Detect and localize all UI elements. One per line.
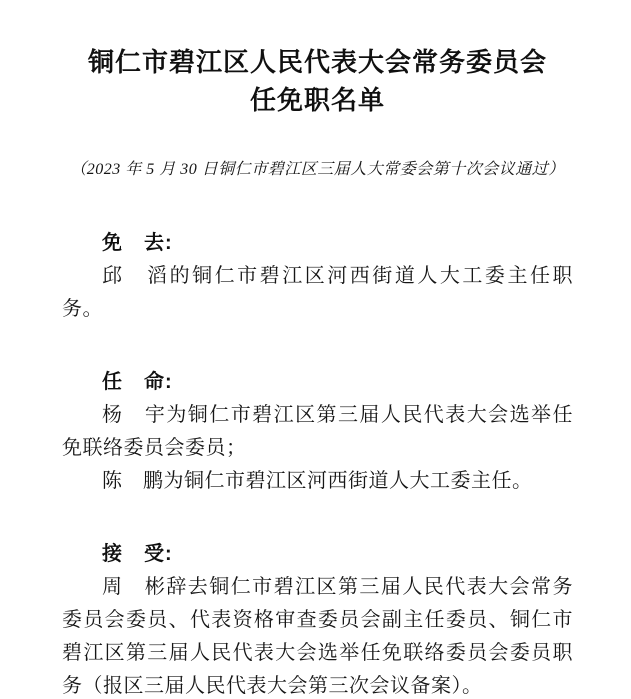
dismissal-paragraph: 邱 滔的铜仁市碧江区河西街道人大工委主任职务。 [62,260,573,326]
appointment-paragraph-2: 陈 鹏为铜仁市碧江区河西街道人大工委主任。 [62,465,573,498]
document-title-line-1: 铜仁市碧江区人民代表大会常务委员会 [72,44,563,82]
section-acceptance: 接 受: 周 彬辞去铜仁市碧江区第三届人民代表大会常务委员会委员、代表资格审查委… [62,538,573,699]
appointment-paragraph-1: 杨 宇为铜仁市碧江区第三届人民代表大会选举任免联络委员会委员； [62,399,573,465]
section-heading-acceptance: 接 受: [62,538,573,571]
acceptance-paragraph: 周 彬辞去铜仁市碧江区第三届人民代表大会常务委员会委员、代表资格审查委员会副主任… [62,571,573,699]
document-page: 铜仁市碧江区人民代表大会常务委员会 任免职名单 （2023 年 5 月 30 日… [0,0,631,699]
document-title: 铜仁市碧江区人民代表大会常务委员会 任免职名单 [62,44,573,120]
section-appointment: 任 命: 杨 宇为铜仁市碧江区第三届人民代表大会选举任免联络委员会委员； 陈 鹏… [62,366,573,498]
document-title-line-2: 任免职名单 [72,82,563,120]
section-heading-appointment: 任 命: [62,366,573,399]
adoption-note: （2023 年 5 月 30 日铜仁市碧江区三届人大常委会第十次会议通过） [62,159,573,181]
section-dismissal: 免 去: 邱 滔的铜仁市碧江区河西街道人大工委主任职务。 [62,227,573,326]
section-heading-dismissal: 免 去: [62,227,573,260]
